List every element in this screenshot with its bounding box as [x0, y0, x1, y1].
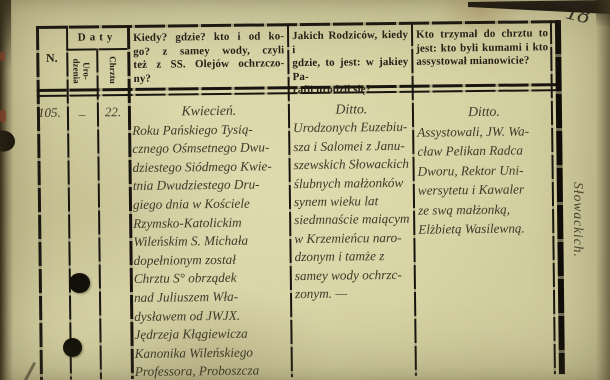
column-header-baptism-date: Chrztu: [96, 51, 127, 89]
record-birth-date: –: [68, 106, 96, 122]
column-header-number: N.: [36, 51, 67, 66]
record-baptism-date: 22.: [99, 104, 127, 120]
record-number: 105.: [38, 105, 66, 121]
column-header-daty: Daty: [66, 31, 128, 44]
record-baptism-details: Kwiecień.Roku Pańskiego Tysią-cznego Ośm…: [132, 101, 289, 380]
binding-hole-bottom: [63, 338, 82, 357]
red-edge-mark-2: [0, 110, 6, 122]
page-right-edge-shadow: [596, 0, 610, 380]
column-header-birth: Uro-dzenia: [65, 51, 96, 89]
binding-hole-top: [69, 273, 90, 293]
record-parents-details: Ditto.Urodzonych Euzebiu-sza i Salomei z…: [293, 100, 412, 304]
record-godparents-details: Ditto.Assystowali, JW. Wa-cław Pelikan R…: [417, 101, 553, 239]
register-table: N. Daty Uro-dzenia Chrztu Kiedy? gdzie? …: [0, 0, 610, 380]
column-header-godparents: Kto trzymał do chrztu tojest: kto byli k…: [416, 27, 548, 69]
red-edge-mark-1: [0, 52, 5, 61]
column-header-baptism-details: Kiedy? gdzie? kto i od ko-go? z samey wo…: [133, 30, 285, 86]
column-header-parents: Jakich Rodziców, kiedy igdzie, to jest: …: [292, 29, 409, 98]
divider-birth-baptism: [96, 48, 102, 379]
table-left-border: [36, 26, 43, 380]
divider-col4-col5: [411, 22, 417, 376]
